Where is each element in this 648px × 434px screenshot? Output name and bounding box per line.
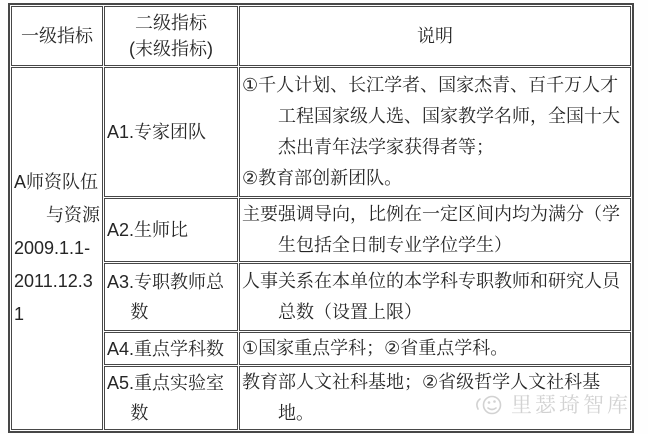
col-header-level2-line1: 二级指标	[107, 10, 235, 36]
col-header-level1: 一级指标	[11, 6, 103, 66]
table-row: A4.重点学科数 ①国家重点学科；②省重点学科。	[11, 332, 631, 365]
description-paragraph: ②教育部创新团队。	[242, 163, 628, 194]
indicator-label: A2.生师比	[107, 215, 235, 245]
indicator-cell-a5: A5.重点实验室数	[104, 366, 238, 430]
col-header-description: 说明	[239, 6, 631, 66]
indicator-table: 一级指标 二级指标 (末级指标) 说明 A师资队伍 与资源 2009.1.1- …	[8, 3, 634, 433]
indicator-cell-a3: A3.专职教师总数	[104, 263, 238, 331]
level1-line: 与资源	[14, 199, 100, 232]
description-cell-a5: 教育部人文社科基地；②省级哲学人文社科基地。	[239, 366, 631, 430]
description-cell-a1: ①千人计划、长江学者、国家杰青、百千万人才工程国家级人选、国家教学名师，全国十大…	[239, 67, 631, 197]
description-paragraph: 主要强调导向，比例在一定区间内均为满分（学生包括全日制专业学位学生）	[242, 199, 628, 261]
table-header-row: 一级指标 二级指标 (末级指标) 说明	[11, 6, 631, 66]
indicator-cell-a2: A2.生师比	[104, 198, 238, 262]
level1-date-start: 2009.1.1-	[14, 232, 100, 265]
description-paragraph: 教育部人文社科基地；②省级哲学人文社科基地。	[242, 367, 628, 429]
table-row: A3.专职教师总数 人事关系在本单位的本学科专职教师和研究人员总数（设置上限）	[11, 263, 631, 331]
col-header-level2-line2: (末级指标)	[107, 36, 235, 62]
table-row: A师资队伍 与资源 2009.1.1- 2011.12.31 A1.专家团队 ①…	[11, 67, 631, 197]
indicator-label: A5.重点实验室数	[107, 368, 235, 428]
indicator-label: A3.专职教师总数	[107, 267, 235, 327]
level1-line: A师资队伍	[14, 166, 100, 199]
page: 一级指标 二级指标 (末级指标) 说明 A师资队伍 与资源 2009.1.1- …	[0, 0, 648, 434]
table-row: A5.重点实验室数 教育部人文社科基地；②省级哲学人文社科基地。	[11, 366, 631, 430]
indicator-cell-a4: A4.重点学科数	[104, 332, 238, 365]
description-paragraph: ①国家重点学科；②省重点学科。	[242, 333, 628, 364]
description-cell-a3: 人事关系在本单位的本学科专职教师和研究人员总数（设置上限）	[239, 263, 631, 331]
table-row: A2.生师比 主要强调导向，比例在一定区间内均为满分（学生包括全日制专业学位学生…	[11, 198, 631, 262]
level1-indicator-cell: A师资队伍 与资源 2009.1.1- 2011.12.31	[11, 67, 103, 430]
indicator-cell-a1: A1.专家团队	[104, 67, 238, 197]
level1-date-end: 2011.12.31	[14, 265, 100, 331]
indicator-label: A1.专家团队	[107, 117, 235, 147]
description-cell-a4: ①国家重点学科；②省重点学科。	[239, 332, 631, 365]
description-paragraph: 人事关系在本单位的本学科专职教师和研究人员总数（设置上限）	[242, 266, 628, 328]
col-header-level2: 二级指标 (末级指标)	[104, 6, 238, 66]
description-paragraph: ①千人计划、长江学者、国家杰青、百千万人才工程国家级人选、国家教学名师，全国十大…	[242, 70, 628, 163]
indicator-label: A4.重点学科数	[107, 334, 235, 364]
description-cell-a2: 主要强调导向，比例在一定区间内均为满分（学生包括全日制专业学位学生）	[239, 198, 631, 262]
